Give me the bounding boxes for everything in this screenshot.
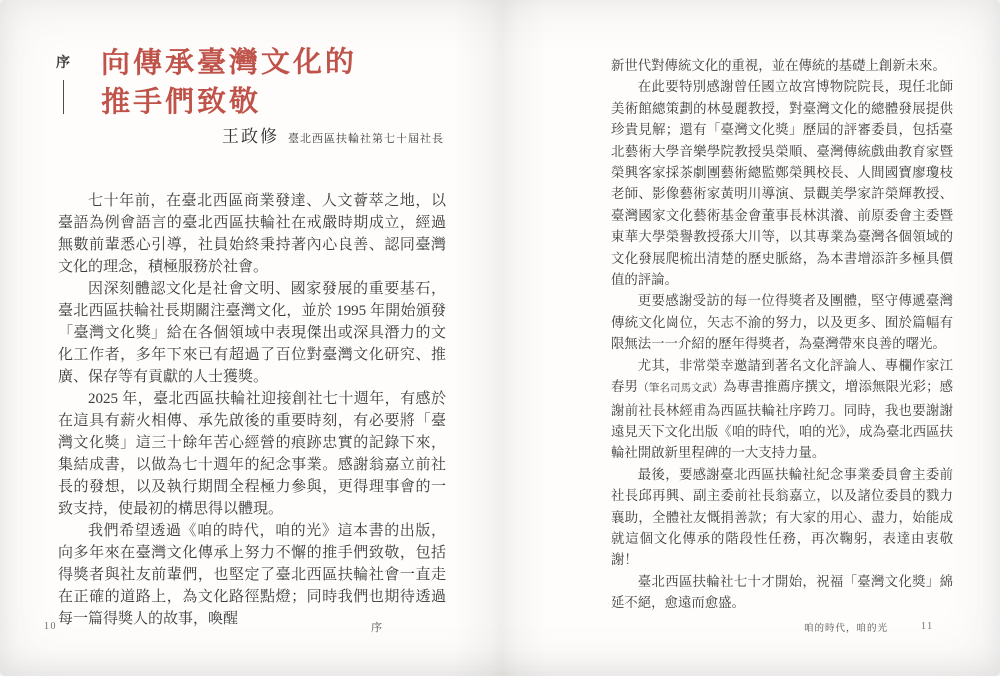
book-spread: 序 向傳承臺灣文化的推手們致敬 王政修臺北西區扶輪社第七十屆社長 七十年前，在臺… <box>0 0 1000 676</box>
left-page-number: 10 <box>44 621 57 632</box>
author-name: 王政修 <box>222 127 279 146</box>
left-page-body: 七十年前，在臺北西區商業發達、人文薈萃之地，以臺語為例會語言的臺北西區扶輪社在戒… <box>58 190 446 630</box>
right-running-head: 咱的時代，咱的光 <box>804 620 888 634</box>
paragraph-with-pen-name-note: 尤其，非常榮幸邀請到著名文化評論人、專欄作家江春男（筆名司馬文武）為專書推薦序撰… <box>611 355 953 464</box>
author-title: 臺北西區扶輪社第七十屆社長 <box>288 133 444 145</box>
pen-name-note: （筆名司馬文武） <box>638 383 723 394</box>
paragraph: 2025 年，臺北西區扶輪社迎接創社七十週年，有感於在這具有薪火相傳、承先啟後的… <box>58 388 446 520</box>
paragraph: 我們希望透過《咱的時代，咱的光》這本書的出版，向多年來在臺灣文化傳承上努力不懈的… <box>58 520 446 630</box>
paragraph-continuation: 新世代對傳統文化的重視，並在傳統的基礎上創新未來。 <box>611 55 953 76</box>
chapter-title-line-1: 向傳承臺灣文化的 <box>101 46 357 79</box>
paragraph: 更要感謝受訪的每一位得獎者及團體，堅守傳遞臺灣傳統文化崗位，矢志不渝的努力，以及… <box>611 290 953 354</box>
paragraph: 在此要特別感謝曾任國立故宮博物院院長，現任北師美術館總策劃的林曼麗教授，對臺灣文… <box>611 76 953 290</box>
author-line: 王政修臺北西區扶輪社第七十屆社長 <box>58 122 444 147</box>
preface-margin-label: 序 <box>56 56 70 71</box>
right-page-number: 11 <box>921 621 934 632</box>
paragraph: 臺北西區扶輪社七十才開始，祝福「臺灣文化獎」綿延不絕，愈遠而愈盛。 <box>611 571 953 614</box>
preface-margin-rule <box>63 80 64 114</box>
right-page-body: 新世代對傳統文化的重視，並在傳統的基礎上創新未來。 在此要特別感謝曾任國立故宮博… <box>611 55 953 614</box>
paragraph: 最後，要感謝臺北西區扶輪社紀念事業委員會主委前社長邱再興、副主委前社長翁嘉立，以… <box>611 464 953 571</box>
paragraph: 七十年前，在臺北西區商業發達、人文薈萃之地，以臺語為例會語言的臺北西區扶輪社在戒… <box>58 190 446 278</box>
preface-margin-marker: 序 <box>54 52 72 114</box>
chapter-title: 向傳承臺灣文化的推手們致敬 <box>101 43 357 122</box>
paragraph: 因深刻體認文化是社會文明、國家發展的重要基石，臺北西區扶輪社長期關注臺灣文化，並… <box>58 278 446 388</box>
left-running-head: 序 <box>371 619 382 635</box>
page-gutter-shadow <box>452 0 548 676</box>
chapter-title-line-2: 推手們致敬 <box>101 86 261 119</box>
